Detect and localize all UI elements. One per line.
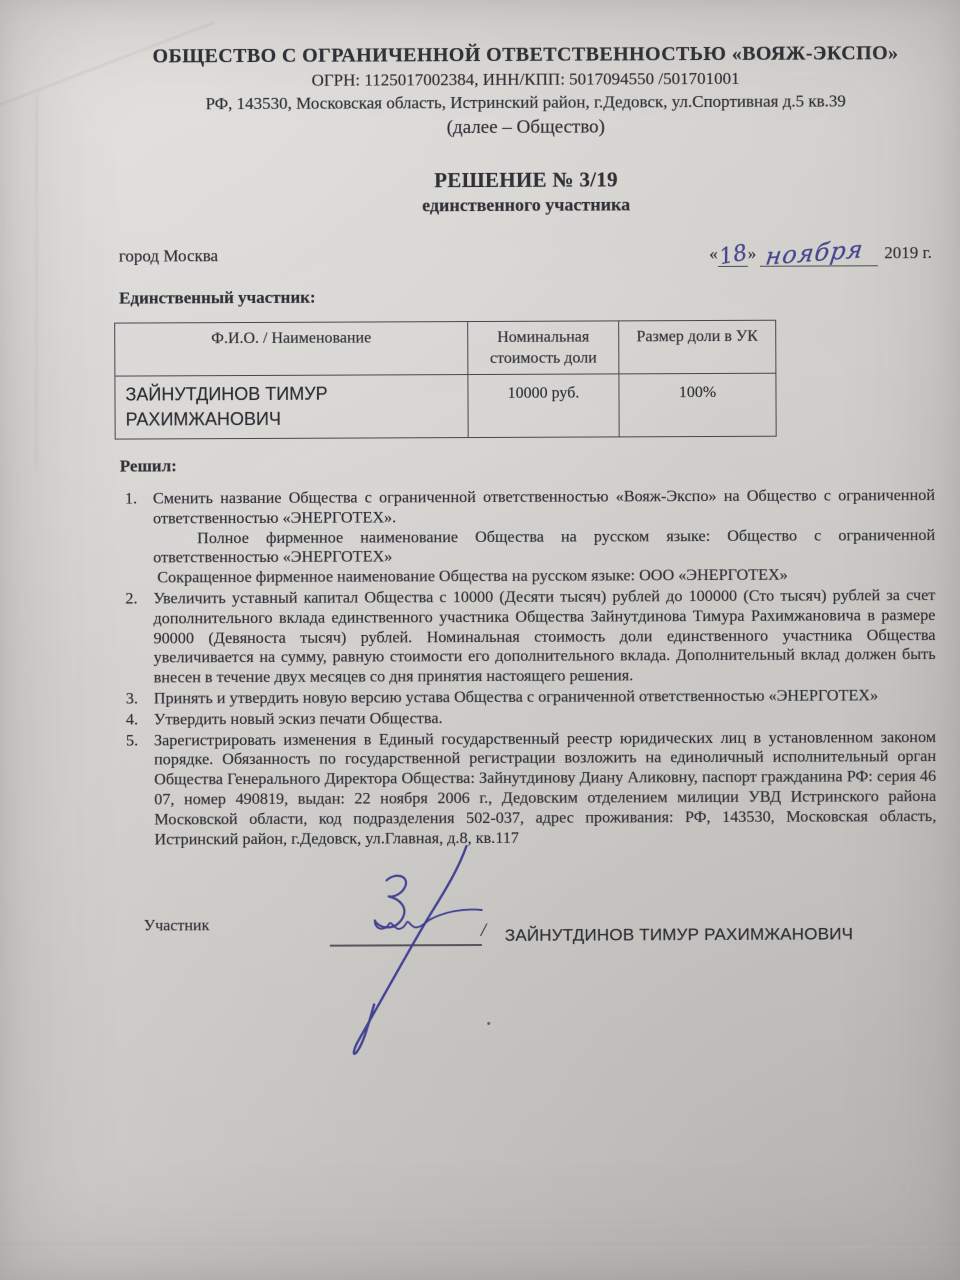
- alias-line: (далее – Общество): [118, 112, 933, 143]
- day-handwritten: 18: [717, 241, 749, 272]
- handwritten-signature: [316, 836, 517, 1077]
- date-line: «18»ноября2019 г.: [709, 239, 934, 267]
- item-text: Сменить название Общества с ограниченной…: [153, 486, 935, 529]
- decision-item-4: 4. Утвердить новый эскиз печати Общества…: [126, 707, 936, 730]
- item-text: Принять и утвердить новую версию устава …: [154, 686, 936, 709]
- table-header-nominal-value: Номинальная стоимость доли: [468, 321, 619, 375]
- decision-item-2: 2. Увеличить уставный капитал Общества с…: [125, 586, 935, 689]
- address-line: РФ, 143530, Московская область, Истринск…: [118, 89, 933, 116]
- signature-name: ЗАЙНУТДИНОВ ТИМУР РАХИМЖАНОВИЧ: [505, 925, 853, 947]
- decision-item-3: 3. Принять и утвердить новую версию уста…: [126, 686, 936, 709]
- participant-heading: Единственный участник:: [119, 284, 934, 310]
- decision-item-5: 5. Зарегистрировать изменения в Единый г…: [126, 728, 937, 850]
- item-subtext-short-name: Сокращенное фирменное наименование Общес…: [153, 565, 935, 588]
- table-cell-nominal-value: 10000 руб.: [468, 374, 619, 438]
- document-page: ОБЩЕСТВО С ОГРАНИЧЕННОЙ ОТВЕТСТВЕННОСТЬЮ…: [0, 0, 960, 1280]
- city-label: город Москва: [119, 243, 218, 269]
- decision-items: 1. Сменить название Общества с ограничен…: [120, 486, 937, 850]
- document-photo: ОБЩЕСТВО С ОГРАНИЧЕННОЙ ОТВЕТСТВЕННОСТЬЮ…: [0, 0, 960, 1280]
- item-text: Зарегистрировать изменения в Единый госу…: [154, 728, 937, 850]
- participants-table: Ф.И.О. / Наименование Номинальная стоимо…: [114, 320, 777, 440]
- document-header: ОБЩЕСТВО С ОГРАНИЧЕННОЙ ОТВЕТСТВЕННОСТЬЮ…: [118, 40, 933, 143]
- item-text: Утвердить новый эскиз печати Общества.: [154, 707, 936, 730]
- item-number: 3.: [126, 689, 154, 709]
- item-number: 5.: [126, 731, 155, 850]
- signature-slash: /: [481, 920, 486, 942]
- decision-title: РЕШЕНИЕ № 3/19: [118, 165, 933, 195]
- month-handwritten: ноября: [764, 236, 865, 270]
- table-row: ЗАЙНУТДИНОВ ТИМУР РАХИМЖАНОВИЧ 10000 руб…: [115, 373, 776, 439]
- item-number: 2.: [125, 589, 153, 688]
- table-cell-name: ЗАЙНУТДИНОВ ТИМУР РАХИМЖАНОВИЧ: [115, 375, 468, 440]
- date-month-slot: ноября: [760, 239, 878, 267]
- resolved-heading: Решил:: [120, 452, 935, 478]
- decision-item-1: 1. Сменить название Общества с ограничен…: [125, 486, 935, 589]
- item-subtext-full-name: Полное фирменное наименование Общества н…: [153, 526, 935, 569]
- date-day-slot: 18: [718, 240, 748, 267]
- table-header-share-size: Размер доли в УК: [619, 320, 776, 374]
- item-text: Увеличить уставный капитал Общества с 10…: [153, 586, 935, 688]
- company-name: ОБЩЕСТВО С ОГРАНИЧЕННОЙ ОТВЕТСТВЕННОСТЬЮ…: [118, 40, 933, 70]
- city-date-row: город Москва «18»ноября2019 г.: [119, 239, 934, 270]
- item-number: 4.: [126, 710, 154, 730]
- table-header-name: Ф.И.О. / Наименование: [115, 322, 468, 377]
- signature-section: Участник / ЗАЙНУТДИНОВ ТИМУР РАХИМЖАНОВИ…: [122, 902, 938, 1076]
- year-label: 2019 г.: [884, 240, 932, 266]
- table-cell-share-size: 100%: [619, 373, 776, 437]
- title-block: РЕШЕНИЕ № 3/19 единственного участника: [118, 165, 933, 219]
- item-number: 1.: [125, 489, 153, 588]
- decision-subtitle: единственного участника: [119, 191, 934, 219]
- table-header-row: Ф.И.О. / Наименование Номинальная стоимо…: [115, 320, 776, 376]
- participant-role-label: Участник: [144, 918, 210, 936]
